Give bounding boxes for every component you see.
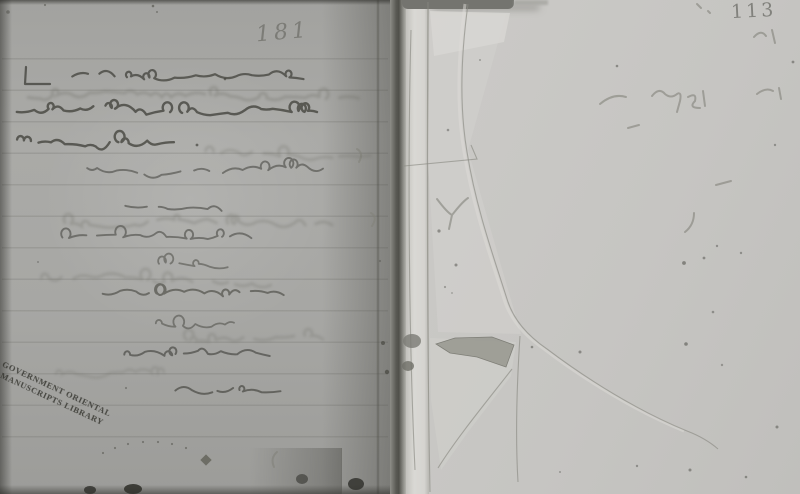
pencil-dash [600,96,626,104]
ghost-writing-line [184,329,323,342]
pencil-squiggle [652,91,681,112]
ghost-writing-line [64,214,332,227]
torn-flaps [428,11,521,470]
handwriting-line [175,386,280,394]
handwriting-line [17,131,186,149]
pencil-mark [697,4,710,13]
torn-flap-upper [428,12,521,334]
stub-crack [409,30,415,470]
ink-period [196,144,199,147]
pencil-dash [628,125,639,128]
handwriting-line [124,347,269,356]
pencil-mark [754,30,775,43]
ghost-writing-line [41,269,292,287]
handwriting-line [25,67,50,84]
pencil-squiggle [688,91,705,108]
handwriting-line [125,206,221,211]
pencil-dash [716,181,731,185]
ghost-writing-line [56,367,164,377]
handwriting-line [156,316,234,329]
lower-crack-vertical [517,336,520,482]
ink-blobs [84,454,364,494]
handwriting-line [72,70,303,80]
handwritten-text-block [0,0,400,440]
handwriting-line [87,158,323,178]
ink-diamond [200,454,211,465]
tear-shadow-blob [403,334,421,348]
handwriting-svg [0,0,400,440]
folio-number-pencil: 113 [730,0,776,23]
handwriting-line [158,254,228,269]
tear-shadow-blob [402,361,414,371]
ghost-writing-line [28,87,358,100]
pencil-mark [757,88,781,99]
page-number-pencil: 181 [255,18,311,48]
pencil-hook [685,213,694,232]
manuscript-scan: GOVERNMENT ORIENTAL MANUSCRIPTS LIBRARY … [0,0,800,494]
pencil-paren [273,452,277,467]
handwriting-line [61,226,251,239]
handwriting-line [17,100,317,115]
